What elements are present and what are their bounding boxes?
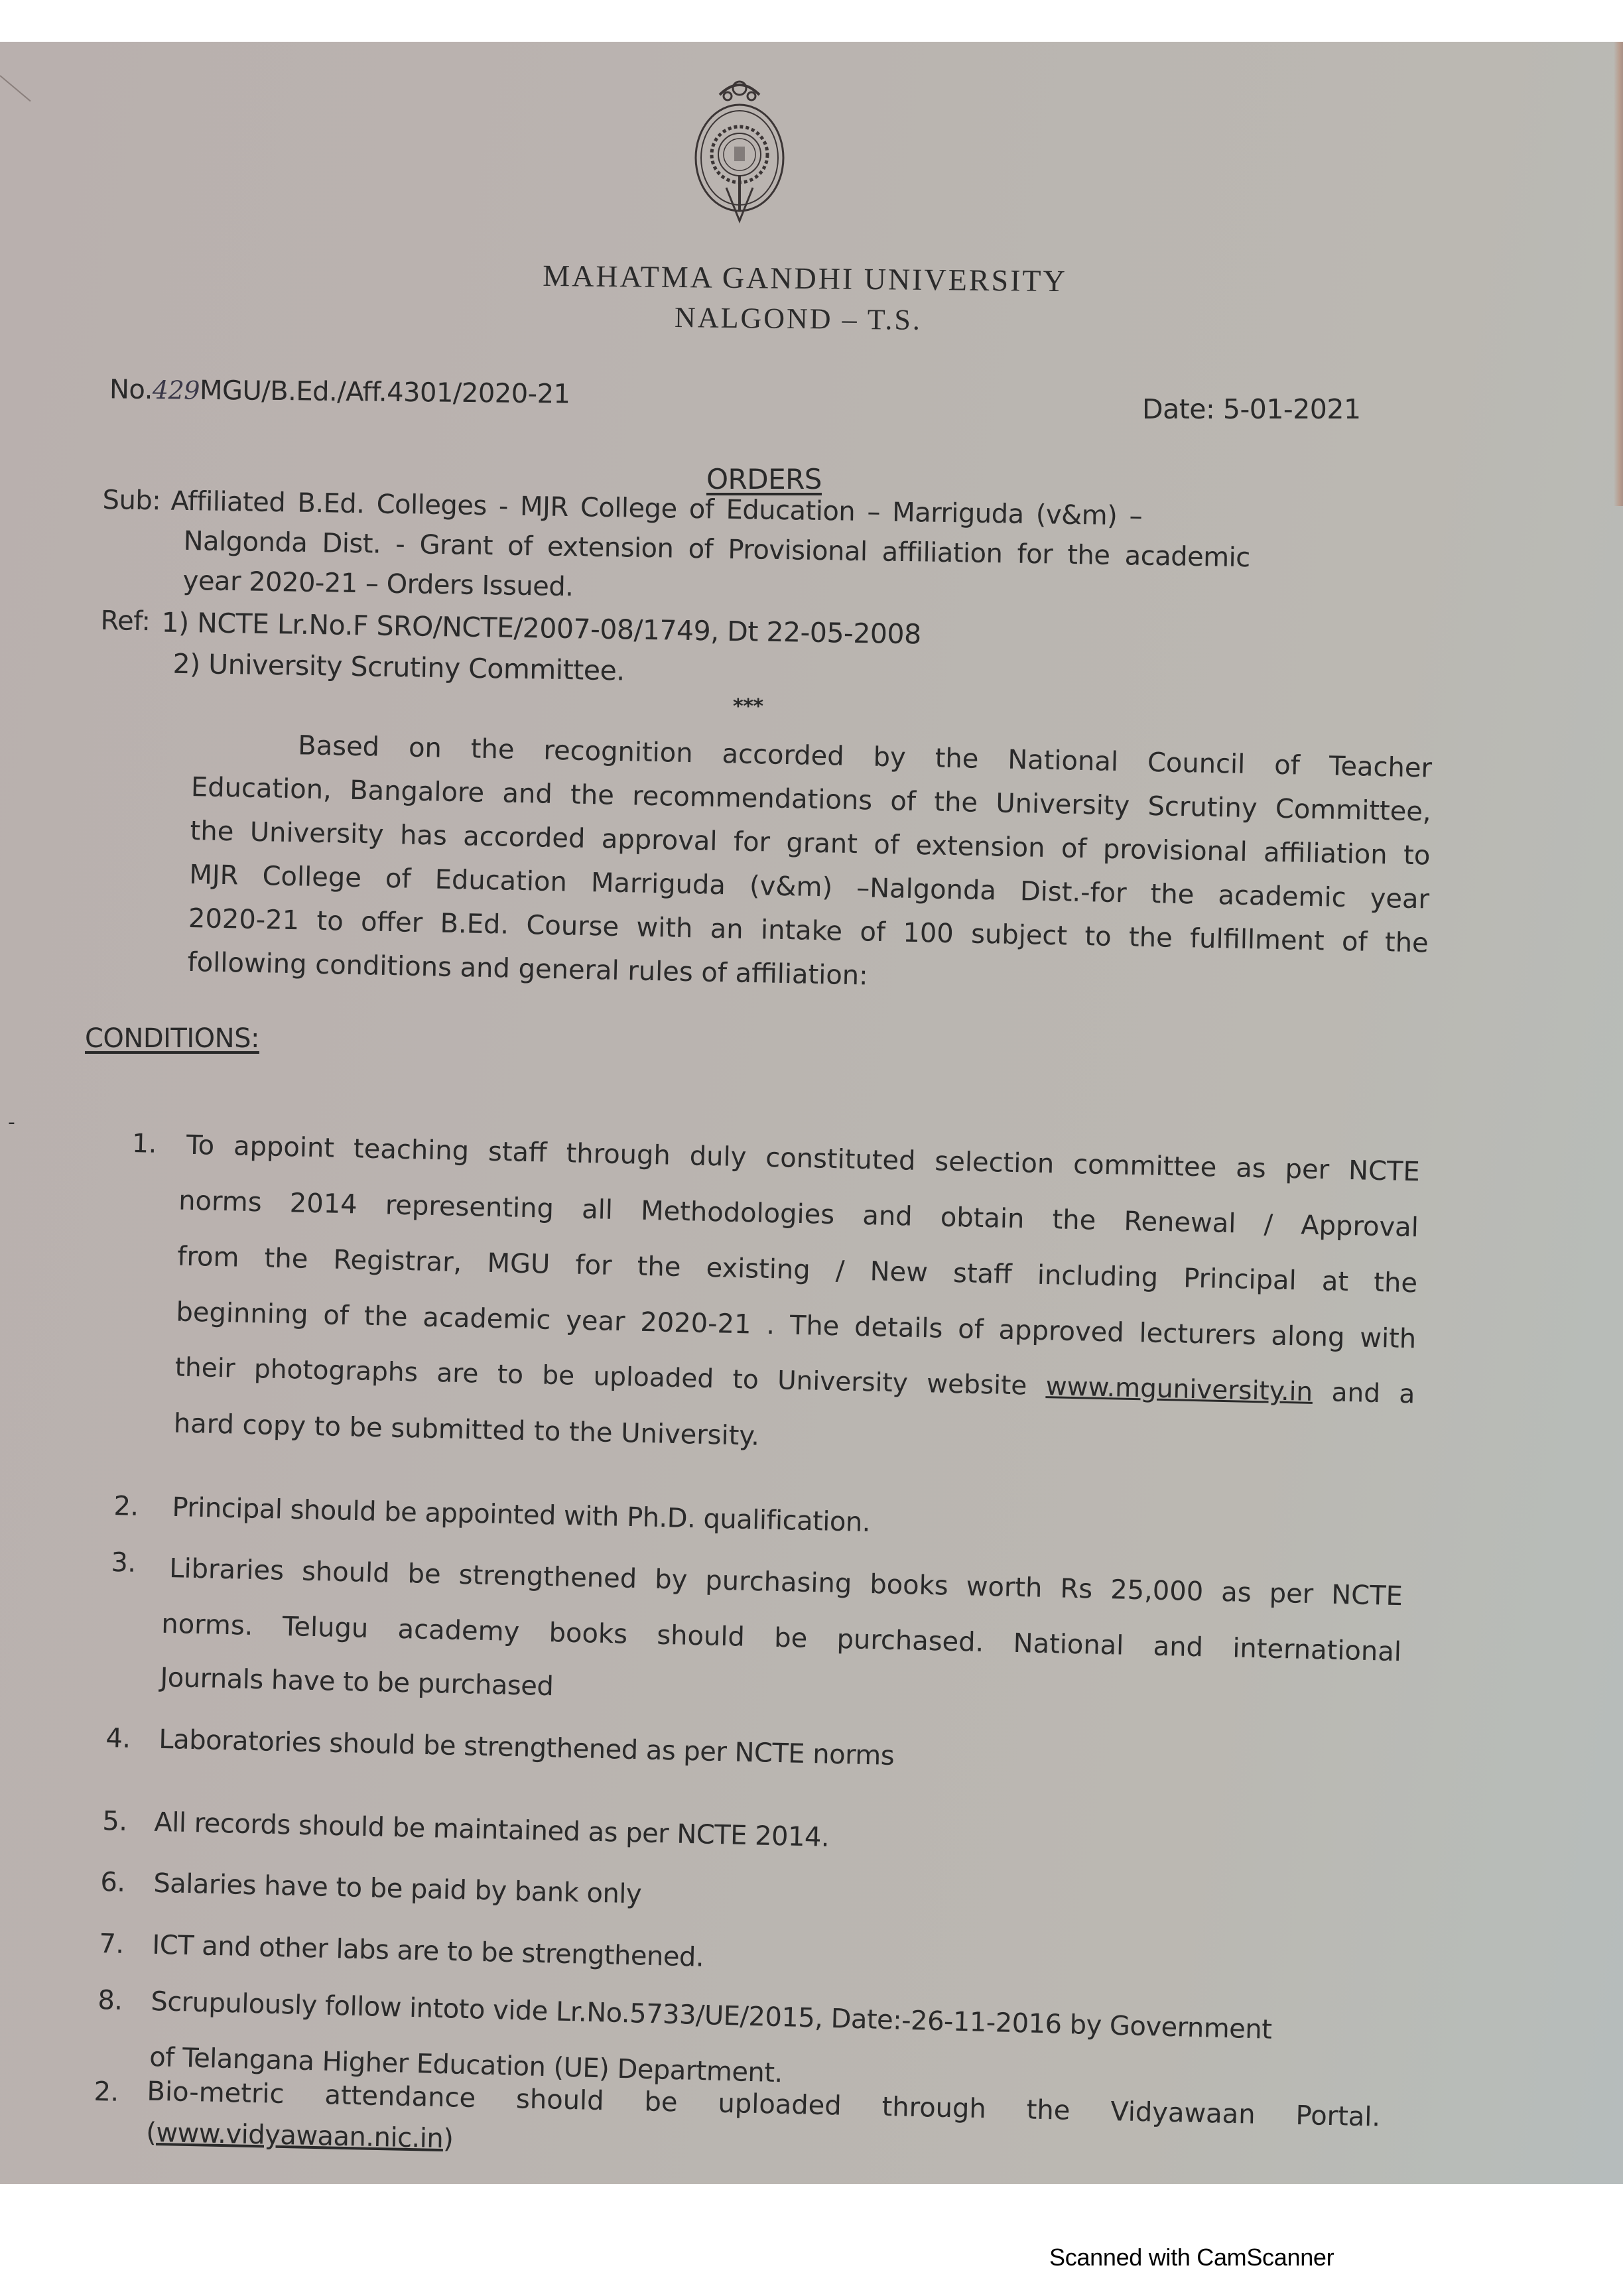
subject-line-3: year 2020-21 – Orders Issued. xyxy=(182,566,573,602)
paper-crease xyxy=(0,75,31,101)
condition-number: 2. xyxy=(94,2076,119,2108)
condition-6-text: Salaries have to be paid by bank only xyxy=(153,1868,642,1910)
condition-5-text: All records should be maintained as per … xyxy=(154,1807,830,1853)
subject-line-2: Nalgonda Dist. - Grant of extension of P… xyxy=(183,526,1250,573)
condition-8-line-1: Scrupulously follow intoto vide Lr.No.57… xyxy=(151,1986,1272,2045)
date-label: Date: xyxy=(1142,393,1214,425)
date-value: 5-01-2021 xyxy=(1223,393,1361,425)
university-emblem-icon xyxy=(686,68,793,231)
condition-3-line-3: Journals have to be purchased xyxy=(160,1663,554,1702)
condition-number: 8. xyxy=(97,1985,123,2016)
condition-2-text: Principal should be appointed with Ph.D.… xyxy=(172,1492,871,1538)
condition-number: 1. xyxy=(131,1116,157,1173)
condition-number: 5. xyxy=(102,1806,127,1837)
mguniversity-link[interactable]: www.mguniversity.in xyxy=(1045,1371,1313,1407)
references-label: Ref: xyxy=(100,606,150,637)
reference-number-line: No.429MGU/B.Ed./Aff.4301/2020-21 xyxy=(109,374,570,409)
subject-label: Sub: xyxy=(102,485,161,516)
subject-line-1: Affiliated B.Ed. Colleges - MJR College … xyxy=(170,486,1142,532)
margin-mark: - xyxy=(8,1111,15,1134)
vidyawaan-link[interactable]: www.vidyawaan.nic.in xyxy=(156,2118,444,2154)
condition-number: 7. xyxy=(99,1929,124,1960)
condition-number: 3. xyxy=(111,1547,136,1578)
scanned-document-page: MAHATMA GANDHI UNIVERSITY NALGOND – T.S.… xyxy=(0,42,1623,2184)
reference-item-2: 2) University Scrutiny Committee. xyxy=(172,648,625,687)
body-paragraph: Based on the recognition accorded by the… xyxy=(192,722,1433,747)
condition-3: 3. Libraries should be strengthened by p… xyxy=(111,1547,1411,1576)
condition-number: 6. xyxy=(100,1867,125,1898)
document-date: Date: 5-01-2021 xyxy=(1142,393,1361,425)
conditions-heading: CONDITIONS: xyxy=(85,1023,259,1054)
condition-number: 2. xyxy=(113,1491,139,1522)
condition-number: 4. xyxy=(105,1723,131,1754)
condition-7-text: ICT and other labs are to be strengthene… xyxy=(152,1930,704,1973)
separator-stars: *** xyxy=(733,695,763,718)
camscanner-watermark: Scanned with CamScanner xyxy=(1049,2244,1334,2271)
condition-biometric-line-2: (www.vidyawaan.nic.in) xyxy=(146,2118,454,2155)
reference-item-1: 1) NCTE Lr.No.F SRO/NCTE/2007-08/1749, D… xyxy=(161,606,921,650)
reference-code: MGU/B.Ed./Aff.4301/2020-21 xyxy=(200,375,570,410)
condition-4-text: Laboratories should be strengthened as p… xyxy=(159,1724,895,1771)
reference-prefix: No. xyxy=(109,374,153,405)
handwritten-number: 429 xyxy=(153,375,200,405)
orders-heading: ORDERS xyxy=(706,463,822,495)
